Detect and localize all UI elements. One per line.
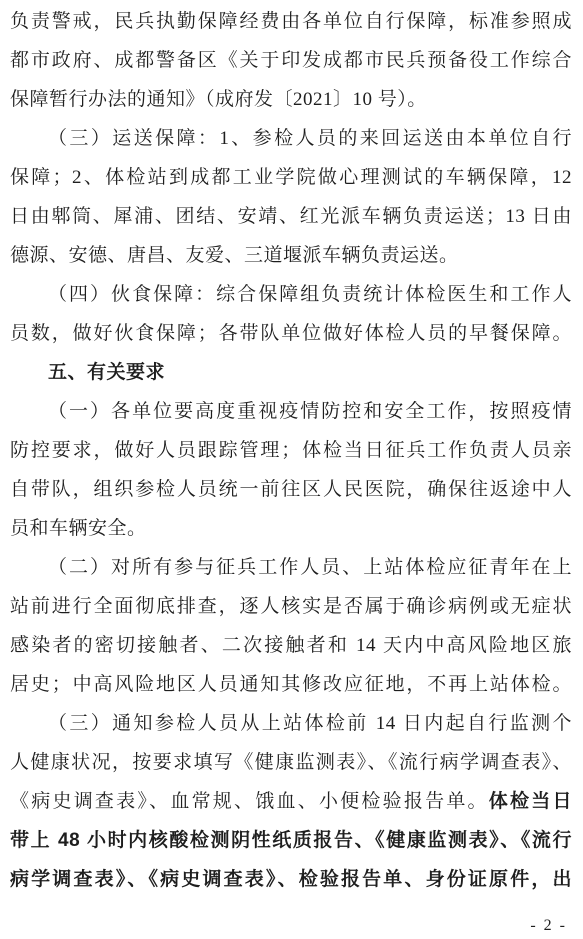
text-segment: （一）各单位要高度重视疫情防控和安全工作，按照疫情 (48, 401, 572, 422)
document-line: 站前进行全面彻底排查，逐人核实是否属于确诊病例或无症状 (10, 587, 572, 626)
bold-text-segment: 体检当日 (489, 791, 572, 812)
text-segment: 防控要求，做好人员跟踪管理；体检当日征兵工作负责人员亲 (10, 440, 572, 461)
document-line: 感染者的密切接触者、二次接触者和 14 天内中高风险地区旅 (10, 626, 572, 665)
document-line: 德源、安德、唐昌、友爱、三道堰派车辆负责运送。 (10, 236, 572, 275)
text-segment: （三）运送保障：1、参检人员的来回运送由本单位自行 (48, 128, 572, 149)
document-line: （三）运送保障：1、参检人员的来回运送由本单位自行 (10, 119, 572, 158)
text-segment: 员数，做好伙食保障；各带队单位做好体检人员的早餐保障。 (10, 323, 572, 344)
document-line: 员数，做好伙食保障；各带队单位做好体检人员的早餐保障。 (10, 314, 572, 353)
document-line: 员和车辆安全。 (10, 509, 572, 548)
text-segment: 德源、安德、唐昌、友爱、三道堰派车辆负责运送。 (10, 245, 459, 266)
document-line: 人健康状况，按要求填写《健康监测表》、《流行病学调查表》、 (10, 743, 572, 782)
document-line: （三）通知参检人员从上站体检前 14 日内起自行监测个 (10, 704, 572, 743)
text-segment: 感染者的密切接触者、二次接触者和 14 天内中高风险地区旅 (10, 635, 572, 656)
document-line: 病学调查表》、《病史调查表》、检验报告单、身份证原件，出 (10, 860, 572, 899)
text-segment: 保障暂行办法的通知》（成府发〔2021〕10 号）。 (10, 89, 427, 110)
document-page: 负责警戒，民兵执勤保障经费由各单位自行保障，标准参照成都市政府、成都警备区《关于… (0, 0, 583, 939)
page-number: - 2 - (530, 917, 567, 935)
document-line: （一）各单位要高度重视疫情防控和安全工作，按照疫情 (10, 392, 572, 431)
text-segment: （二）对所有参与征兵工作人员、上站体检应征青年在上 (48, 557, 572, 578)
text-segment: 都市政府、成都警备区《关于印发成都市民兵预备役工作综合 (10, 50, 572, 71)
document-line: 居史；中高风险地区人员通知其修改应征地，不再上站体检。 (10, 665, 572, 704)
text-segment: 站前进行全面彻底排查，逐人核实是否属于确诊病例或无症状 (10, 596, 572, 617)
text-segment: 居史；中高风险地区人员通知其修改应征地，不再上站体检。 (10, 674, 572, 695)
text-segment: 负责警戒，民兵执勤保障经费由各单位自行保障，标准参照成 (10, 11, 572, 32)
text-segment: 《病史调查表》、血常规、饿血、小便检验报告单。 (10, 791, 489, 812)
document-line: 自带队，组织参检人员统一前往区人民医院，确保往返途中人 (10, 470, 572, 509)
document-line: 《病史调查表》、血常规、饿血、小便检验报告单。体检当日 (10, 782, 572, 821)
text-segment: （四）伙食保障：综合保障组负责统计体检医生和工作人 (48, 284, 572, 305)
text-segment: （三）通知参检人员从上站体检前 14 日内起自行监测个 (48, 713, 572, 734)
text-segment: 自带队，组织参检人员统一前往区人民医院，确保往返途中人 (10, 479, 572, 500)
document-line: 带上 48 小时内核酸检测阴性纸质报告、《健康监测表》、《流行 (10, 821, 572, 860)
document-line: 防控要求，做好人员跟踪管理；体检当日征兵工作负责人员亲 (10, 431, 572, 470)
text-segment: 人健康状况，按要求填写《健康监测表》、《流行病学调查表》、 (10, 752, 572, 773)
document-line: 五、有关要求 (10, 353, 572, 392)
bold-text-segment: 带上 48 小时内核酸检测阴性纸质报告、《健康监测表》、《流行 (10, 830, 572, 851)
document-line: 保障暂行办法的通知》（成府发〔2021〕10 号）。 (10, 80, 572, 119)
text-segment: 日由郫筒、犀浦、团结、安靖、红光派车辆负责运送；13 日由 (10, 206, 572, 227)
document-body: 负责警戒，民兵执勤保障经费由各单位自行保障，标准参照成都市政府、成都警备区《关于… (10, 2, 572, 899)
text-segment: 保障；2、体检站到成都工业学院做心理测试的车辆保障，12 (10, 167, 572, 188)
document-line: （四）伙食保障：综合保障组负责统计体检医生和工作人 (10, 275, 572, 314)
document-line: （二）对所有参与征兵工作人员、上站体检应征青年在上 (10, 548, 572, 587)
document-line: 负责警戒，民兵执勤保障经费由各单位自行保障，标准参照成 (10, 2, 572, 41)
bold-text-segment: 五、有关要求 (48, 362, 165, 383)
document-line: 都市政府、成都警备区《关于印发成都市民兵预备役工作综合 (10, 41, 572, 80)
text-segment: 员和车辆安全。 (10, 518, 147, 539)
bold-text-segment: 病学调查表》、《病史调查表》、检验报告单、身份证原件，出 (10, 869, 572, 890)
document-line: 保障；2、体检站到成都工业学院做心理测试的车辆保障，12 (10, 158, 572, 197)
document-line: 日由郫筒、犀浦、团结、安靖、红光派车辆负责运送；13 日由 (10, 197, 572, 236)
